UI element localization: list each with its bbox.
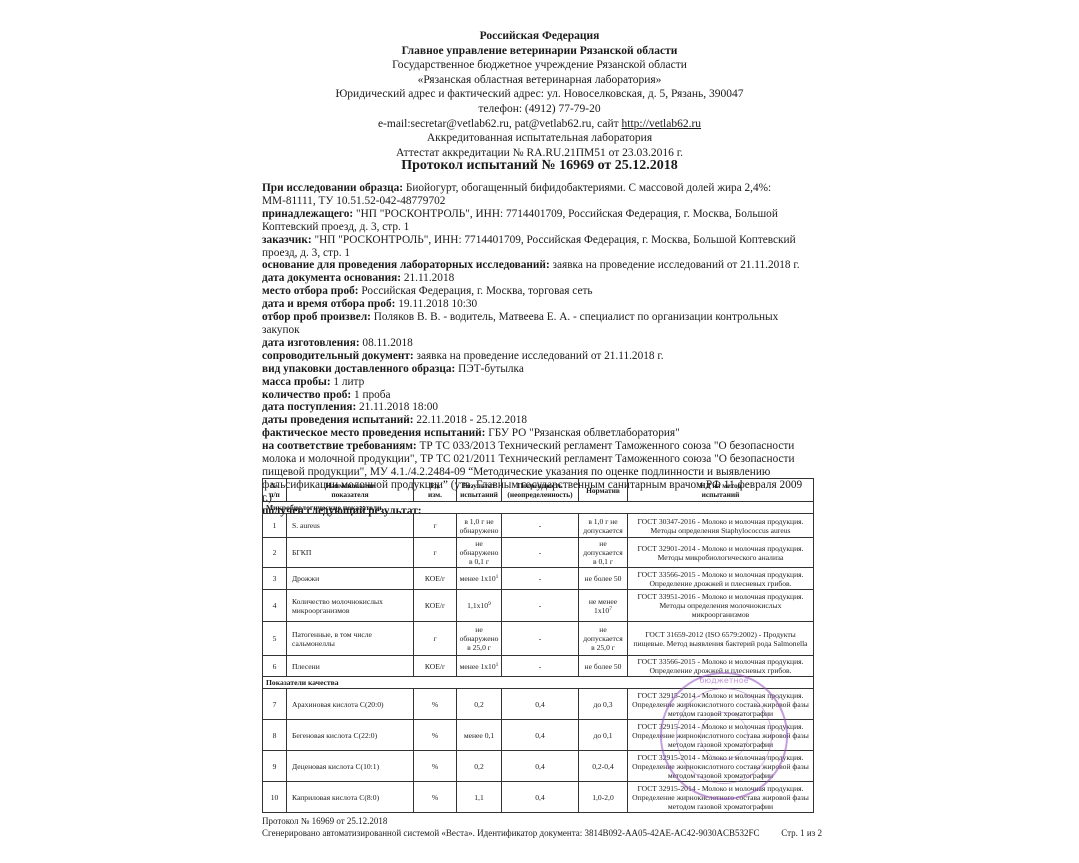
info-field: сопроводительный документ: заявка на про… xyxy=(262,350,814,363)
info-field-label: дата документа основания: xyxy=(262,272,401,284)
info-field: основание для проведения лабораторных ис… xyxy=(262,259,814,272)
sample-info-fields: При исследовании образца: Биойогурт, обо… xyxy=(262,182,814,518)
info-field: принадлежащего: "НП "РОСКОНТРОЛЬ", ИНН: … xyxy=(262,208,814,234)
website-link[interactable]: http://vetlab62.ru xyxy=(622,118,702,130)
cell-norm: не менее 1x107 xyxy=(579,590,628,622)
info-field: масса пробы: 1 литр xyxy=(262,376,814,389)
cell-norm: 0,2-0,4 xyxy=(579,751,628,782)
cell-unit: % xyxy=(414,751,457,782)
cell-norm: не допускается в 0,1 г xyxy=(579,538,628,568)
header-lab-name: «Рязанская областная ветеринарная лабора… xyxy=(0,73,1079,88)
col-header-num: №п/п xyxy=(263,479,287,502)
cell-result: 1,1x109 xyxy=(457,590,502,622)
info-field: отбор проб произвел: Поляков В. В. - вод… xyxy=(262,311,814,337)
info-field-value: Российская Федерация, г. Москва, торгова… xyxy=(359,285,593,297)
cell-unit: КОЕ/г xyxy=(414,568,457,590)
cell-result: менее 1x101 xyxy=(457,656,502,677)
table-row: 8Бегеновая кислота С(22:0)%менее 0,10,4д… xyxy=(263,720,814,751)
cell-unit: % xyxy=(414,782,457,813)
section-title: Микробиологические показатели xyxy=(263,502,814,514)
info-field-label: место отбора проб: xyxy=(262,285,359,297)
cell-error: - xyxy=(502,568,579,590)
cell-method: ГОСТ 30347-2016 - Молоко и молочная прод… xyxy=(628,514,814,538)
info-field: заказчик: "НП "РОСКОНТРОЛЬ", ИНН: 771440… xyxy=(262,234,814,260)
header-emails: e-mail:secretar@vetlab62.ru, pat@vetlab6… xyxy=(378,118,622,130)
info-field-label: основание для проведения лабораторных ис… xyxy=(262,259,550,271)
cell-result: не обнаружено в 0,1 г xyxy=(457,538,502,568)
cell-num: 7 xyxy=(263,689,287,720)
cell-method: ГОСТ 33566-2015 - Молоко и молочная прод… xyxy=(628,656,814,677)
table-row: 9Деценовая кислота С(10:1)%0,20,40,2-0,4… xyxy=(263,751,814,782)
cell-result: в 1,0 г не обнаружено xyxy=(457,514,502,538)
cell-unit: г xyxy=(414,622,457,656)
col-header-error: Погрешность(неопределенность) xyxy=(502,479,579,502)
cell-method: ГОСТ 33566-2015 - Молоко и молочная прод… xyxy=(628,568,814,590)
cell-unit: г xyxy=(414,538,457,568)
info-field: вид упаковки доставленного образца: ПЭТ-… xyxy=(262,363,814,376)
info-field-value: 19.11.2018 10:30 xyxy=(395,298,477,310)
table-section-row: Показатели качества xyxy=(263,677,814,689)
info-field-value: заявка на проведение исследований от 21.… xyxy=(414,350,664,362)
results-table: №п/п Наименованиепоказателя Ед.изм. Резу… xyxy=(262,478,814,813)
cell-norm: 1,0-2,0 xyxy=(579,782,628,813)
cell-unit: КОЕ/г xyxy=(414,656,457,677)
table-row: 2БГКПгне обнаружено в 0,1 г-не допускает… xyxy=(263,538,814,568)
info-field-label: При исследовании образца: xyxy=(262,182,403,194)
cell-name: Бегеновая кислота С(22:0) xyxy=(287,720,414,751)
info-field-value: 1 проба xyxy=(351,389,390,401)
cell-name: Патогенные, в том числе сальмонеллы xyxy=(287,622,414,656)
cell-name: S. aureus xyxy=(287,514,414,538)
info-field-value: 22.11.2018 - 25.12.2018 xyxy=(414,414,528,426)
info-field-label: заказчик: xyxy=(262,234,312,246)
info-field-value: ПЭТ-бутылка xyxy=(455,363,524,375)
cell-result: 0,2 xyxy=(457,751,502,782)
table-row: 10Каприловая кислота С(8:0)%1,10,41,0-2,… xyxy=(263,782,814,813)
cell-error: 0,4 xyxy=(502,751,579,782)
info-field-label: дата изготовления: xyxy=(262,337,360,349)
footer-generated: Сгенерировано автоматизированной системо… xyxy=(262,828,822,840)
info-field-label: вид упаковки доставленного образца: xyxy=(262,363,455,375)
cell-method: ГОСТ 33951-2016 - Молоко и молочная прод… xyxy=(628,590,814,622)
header-agency: Главное управление ветеринарии Рязанской… xyxy=(0,44,1079,59)
cell-name: БГКП xyxy=(287,538,414,568)
cell-num: 3 xyxy=(263,568,287,590)
info-field: фактическое место проведения испытаний: … xyxy=(262,427,814,440)
col-header-unit: Ед.изм. xyxy=(414,479,457,502)
cell-name: Количество молочнокислых микроорганизмов xyxy=(287,590,414,622)
cell-num: 6 xyxy=(263,656,287,677)
cell-name: Деценовая кислота С(10:1) xyxy=(287,751,414,782)
cell-norm: не более 50 xyxy=(579,656,628,677)
info-field: дата поступления: 21.11.2018 18:00 xyxy=(262,401,814,414)
info-field-label: даты проведения испытаний: xyxy=(262,414,414,426)
col-header-name: Наименованиепоказателя xyxy=(287,479,414,502)
cell-norm: не допускается в 25,0 г xyxy=(579,622,628,656)
cell-method: ГОСТ 32901-2014 - Молоко и молочная прод… xyxy=(628,538,814,568)
cell-result: 0,2 xyxy=(457,689,502,720)
info-field-label: отбор проб произвел: xyxy=(262,311,371,323)
cell-norm: не более 50 xyxy=(579,568,628,590)
info-field: даты проведения испытаний: 22.11.2018 - … xyxy=(262,414,814,427)
cell-num: 4 xyxy=(263,590,287,622)
info-field-label: сопроводительный документ: xyxy=(262,350,414,362)
cell-norm: до 0,1 xyxy=(579,720,628,751)
header-address: Юридический адрес и фактический адрес: у… xyxy=(0,87,1079,102)
header-country: Российская Федерация xyxy=(0,29,1079,44)
info-field: дата и время отбора проб: 19.11.2018 10:… xyxy=(262,298,814,311)
header-institution: Государственное бюджетное учреждение Ряз… xyxy=(0,58,1079,73)
col-header-result: Результатиспытаний xyxy=(457,479,502,502)
cell-method: ГОСТ 32915-2014 - Молоко и молочная прод… xyxy=(628,720,814,751)
cell-name: Дрожжи xyxy=(287,568,414,590)
cell-error: 0,4 xyxy=(502,782,579,813)
cell-name: Арахиновая кислота С(20:0) xyxy=(287,689,414,720)
cell-error: 0,4 xyxy=(502,689,579,720)
info-field-value: 1 литр xyxy=(331,376,365,388)
cell-unit: г xyxy=(414,514,457,538)
info-field-label: на соответствие требованиям: xyxy=(262,440,417,452)
footer-protocol: Протокол № 16969 от 25.12.2018 xyxy=(262,816,822,828)
cell-error: - xyxy=(502,622,579,656)
table-row: 7Арахиновая кислота С(20:0)%0,20,4до 0,3… xyxy=(263,689,814,720)
info-field-label: фактическое место проведения испытаний: xyxy=(262,427,485,439)
cell-norm: в 1,0 г не допускается xyxy=(579,514,628,538)
cell-unit: % xyxy=(414,720,457,751)
info-field-value: заявка на проведение исследований от 21.… xyxy=(550,259,800,271)
document-header: Российская Федерация Главное управление … xyxy=(0,29,1079,160)
info-field-value: 21.11.2018 18:00 xyxy=(356,401,438,413)
cell-method: ГОСТ 32915-2014 - Молоко и молочная прод… xyxy=(628,751,814,782)
table-row: 1S. aureusгв 1,0 г не обнаружено-в 1,0 г… xyxy=(263,514,814,538)
info-field: место отбора проб: Российская Федерация,… xyxy=(262,285,814,298)
info-field: При исследовании образца: Биойогурт, обо… xyxy=(262,182,814,208)
header-accreditation: Аккредитованная испытательная лаборатори… xyxy=(0,131,1079,146)
cell-method: ГОСТ 32915-2014 - Молоко и молочная прод… xyxy=(628,782,814,813)
cell-unit: КОЕ/г xyxy=(414,590,457,622)
info-field: дата изготовления: 08.11.2018 xyxy=(262,337,814,350)
info-field: количество проб: 1 проба xyxy=(262,389,814,402)
cell-method: ГОСТ 32915-2014 - Молоко и молочная прод… xyxy=(628,689,814,720)
info-field-value: ГБУ РО "Рязанская облветлаборатория" xyxy=(485,427,679,439)
cell-num: 1 xyxy=(263,514,287,538)
col-header-method: НД на методиспытаний xyxy=(628,479,814,502)
info-field-value: "НП "РОСКОНТРОЛЬ", ИНН: 7714401709, Росс… xyxy=(262,234,796,259)
table-header-row: №п/п Наименованиепоказателя Ед.изм. Резу… xyxy=(263,479,814,502)
header-phone: телефон: (4912) 77-79-20 xyxy=(0,102,1079,117)
info-field-label: масса пробы: xyxy=(262,376,331,388)
cell-num: 2 xyxy=(263,538,287,568)
info-field-value: 08.11.2018 xyxy=(360,337,413,349)
cell-result: менее 1x101 xyxy=(457,568,502,590)
table-section-row: Микробиологические показатели xyxy=(263,502,814,514)
cell-num: 8 xyxy=(263,720,287,751)
cell-result: менее 0,1 xyxy=(457,720,502,751)
info-field-label: дата поступления: xyxy=(262,401,356,413)
document-footer: Протокол № 16969 от 25.12.2018 Сгенериро… xyxy=(262,816,822,839)
cell-num: 10 xyxy=(263,782,287,813)
cell-error: - xyxy=(502,656,579,677)
table-row: 3ДрожжиКОЕ/гменее 1x101-не более 50ГОСТ … xyxy=(263,568,814,590)
cell-result: 1,1 xyxy=(457,782,502,813)
info-field-label: дата и время отбора проб: xyxy=(262,298,395,310)
page-number: Стр. 1 из 2 xyxy=(781,828,822,840)
cell-norm: до 0,3 xyxy=(579,689,628,720)
protocol-title: Протокол испытаний № 16969 от 25.12.2018 xyxy=(0,158,1079,174)
cell-error: 0,4 xyxy=(502,720,579,751)
info-field: дата документа основания: 21.11.2018 xyxy=(262,272,814,285)
info-field-label: количество проб: xyxy=(262,389,351,401)
cell-error: - xyxy=(502,514,579,538)
cell-result: не обнаружено в 25,0 г xyxy=(457,622,502,656)
table-row: 4Количество молочнокислых микроорганизмо… xyxy=(263,590,814,622)
table-row: 6ПлесениКОЕ/гменее 1x101-не более 50ГОСТ… xyxy=(263,656,814,677)
cell-num: 9 xyxy=(263,751,287,782)
col-header-norm: Норматив xyxy=(579,479,628,502)
cell-method: ГОСТ 31659-2012 (ISO 6579:2002) - Продук… xyxy=(628,622,814,656)
cell-error: - xyxy=(502,538,579,568)
section-title: Показатели качества xyxy=(263,677,814,689)
info-field-value: 21.11.2018 xyxy=(401,272,454,284)
table-row: 5Патогенные, в том числе сальмонеллыгне … xyxy=(263,622,814,656)
cell-unit: % xyxy=(414,689,457,720)
info-field-label: принадлежащего: xyxy=(262,208,353,220)
cell-name: Каприловая кислота С(8:0) xyxy=(287,782,414,813)
cell-name: Плесени xyxy=(287,656,414,677)
cell-error: - xyxy=(502,590,579,622)
header-contacts: e-mail:secretar@vetlab62.ru, pat@vetlab6… xyxy=(0,117,1079,132)
cell-num: 5 xyxy=(263,622,287,656)
